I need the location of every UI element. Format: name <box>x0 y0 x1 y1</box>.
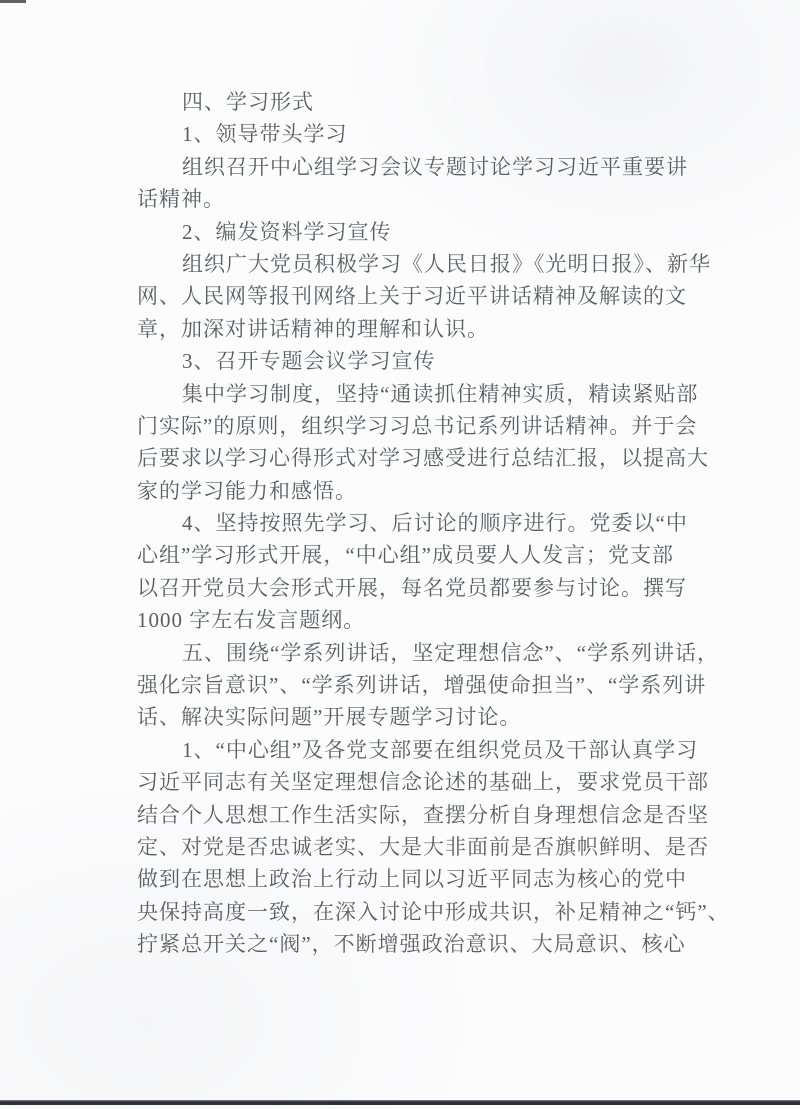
text-line: 话、解决实际问题”开展专题学习讨论。 <box>137 701 689 733</box>
document-body: 四、学习形式 1、领导带头学习 组织召开中心组学习会议专题讨论学习习近平重要讲 … <box>137 86 689 961</box>
text-line: 习近平同志有关坚定理想信念论述的基础上，要求党员干部 <box>137 766 689 798</box>
text-line: 门实际”的原则，组织学习习总书记系列讲话精神。并于会 <box>137 410 689 442</box>
text-line: 4、坚持按照先学习、后讨论的顺序进行。党委以“中 <box>137 507 689 539</box>
text-line: 做到在思想上政治上行动上同以习近平同志为核心的党中 <box>137 863 689 895</box>
text-line: 后要求以学习心得形式对学习感受进行总结汇报，以提高大 <box>137 442 689 474</box>
text-line: 话精神。 <box>137 183 689 215</box>
text-line: 1、“中心组”及各党支部要在组织党员及干部认真学习 <box>137 734 689 766</box>
text-line: 集中学习制度，坚持“通读抓住精神实质，精读紧贴部 <box>137 378 689 410</box>
text-line: 以召开党员大会形式开展，每名党员都要参与讨论。撰写 <box>137 572 689 604</box>
text-line: 组织广大党员积极学习《人民日报》《光明日报》、新华 <box>137 248 689 280</box>
text-line: 3、召开专题会议学习宣传 <box>137 345 689 377</box>
text-line: 定、对党是否忠诚老实、大是大非面前是否旗帜鲜明、是否 <box>137 831 689 863</box>
text-line: 结合个人思想工作生活实际，查摆分析自身理想信念是否坚 <box>137 799 689 831</box>
text-line: 强化宗旨意识”、“学系列讲话，增强使命担当”、“学系列讲 <box>137 669 689 701</box>
scan-artifact-bottom-edge <box>0 1100 800 1105</box>
text-line: 组织召开中心组学习会议专题讨论学习习近平重要讲 <box>137 151 689 183</box>
scan-artifact-top-left <box>0 0 26 3</box>
text-line: 家的学习能力和感悟。 <box>137 475 689 507</box>
text-line: 网、人民网等报刊网络上关于习近平讲话精神及解读的文 <box>137 280 689 312</box>
text-line: 1、领导带头学习 <box>137 118 689 150</box>
text-line: 1000 字左右发言题纲。 <box>137 604 689 636</box>
text-line: 章，加深对讲话精神的理解和认识。 <box>137 313 689 345</box>
section-heading: 五、围绕“学系列讲话，坚定理想信念”、“学系列讲话， <box>137 637 689 669</box>
text-line: 拧紧总开关之“阀”，不断增强政治意识、大局意识、核心 <box>137 928 689 960</box>
text-line: 央保持高度一致，在深入讨论中形成共识，补足精神之“钙”、 <box>137 896 689 928</box>
section-heading: 四、学习形式 <box>137 86 689 118</box>
text-line: 心组”学习形式开展，“中心组”成员要人人发言；党支部 <box>137 539 689 571</box>
scanned-document-page: 四、学习形式 1、领导带头学习 组织召开中心组学习会议专题讨论学习习近平重要讲 … <box>0 0 800 1109</box>
text-line: 2、编发资料学习宣传 <box>137 216 689 248</box>
